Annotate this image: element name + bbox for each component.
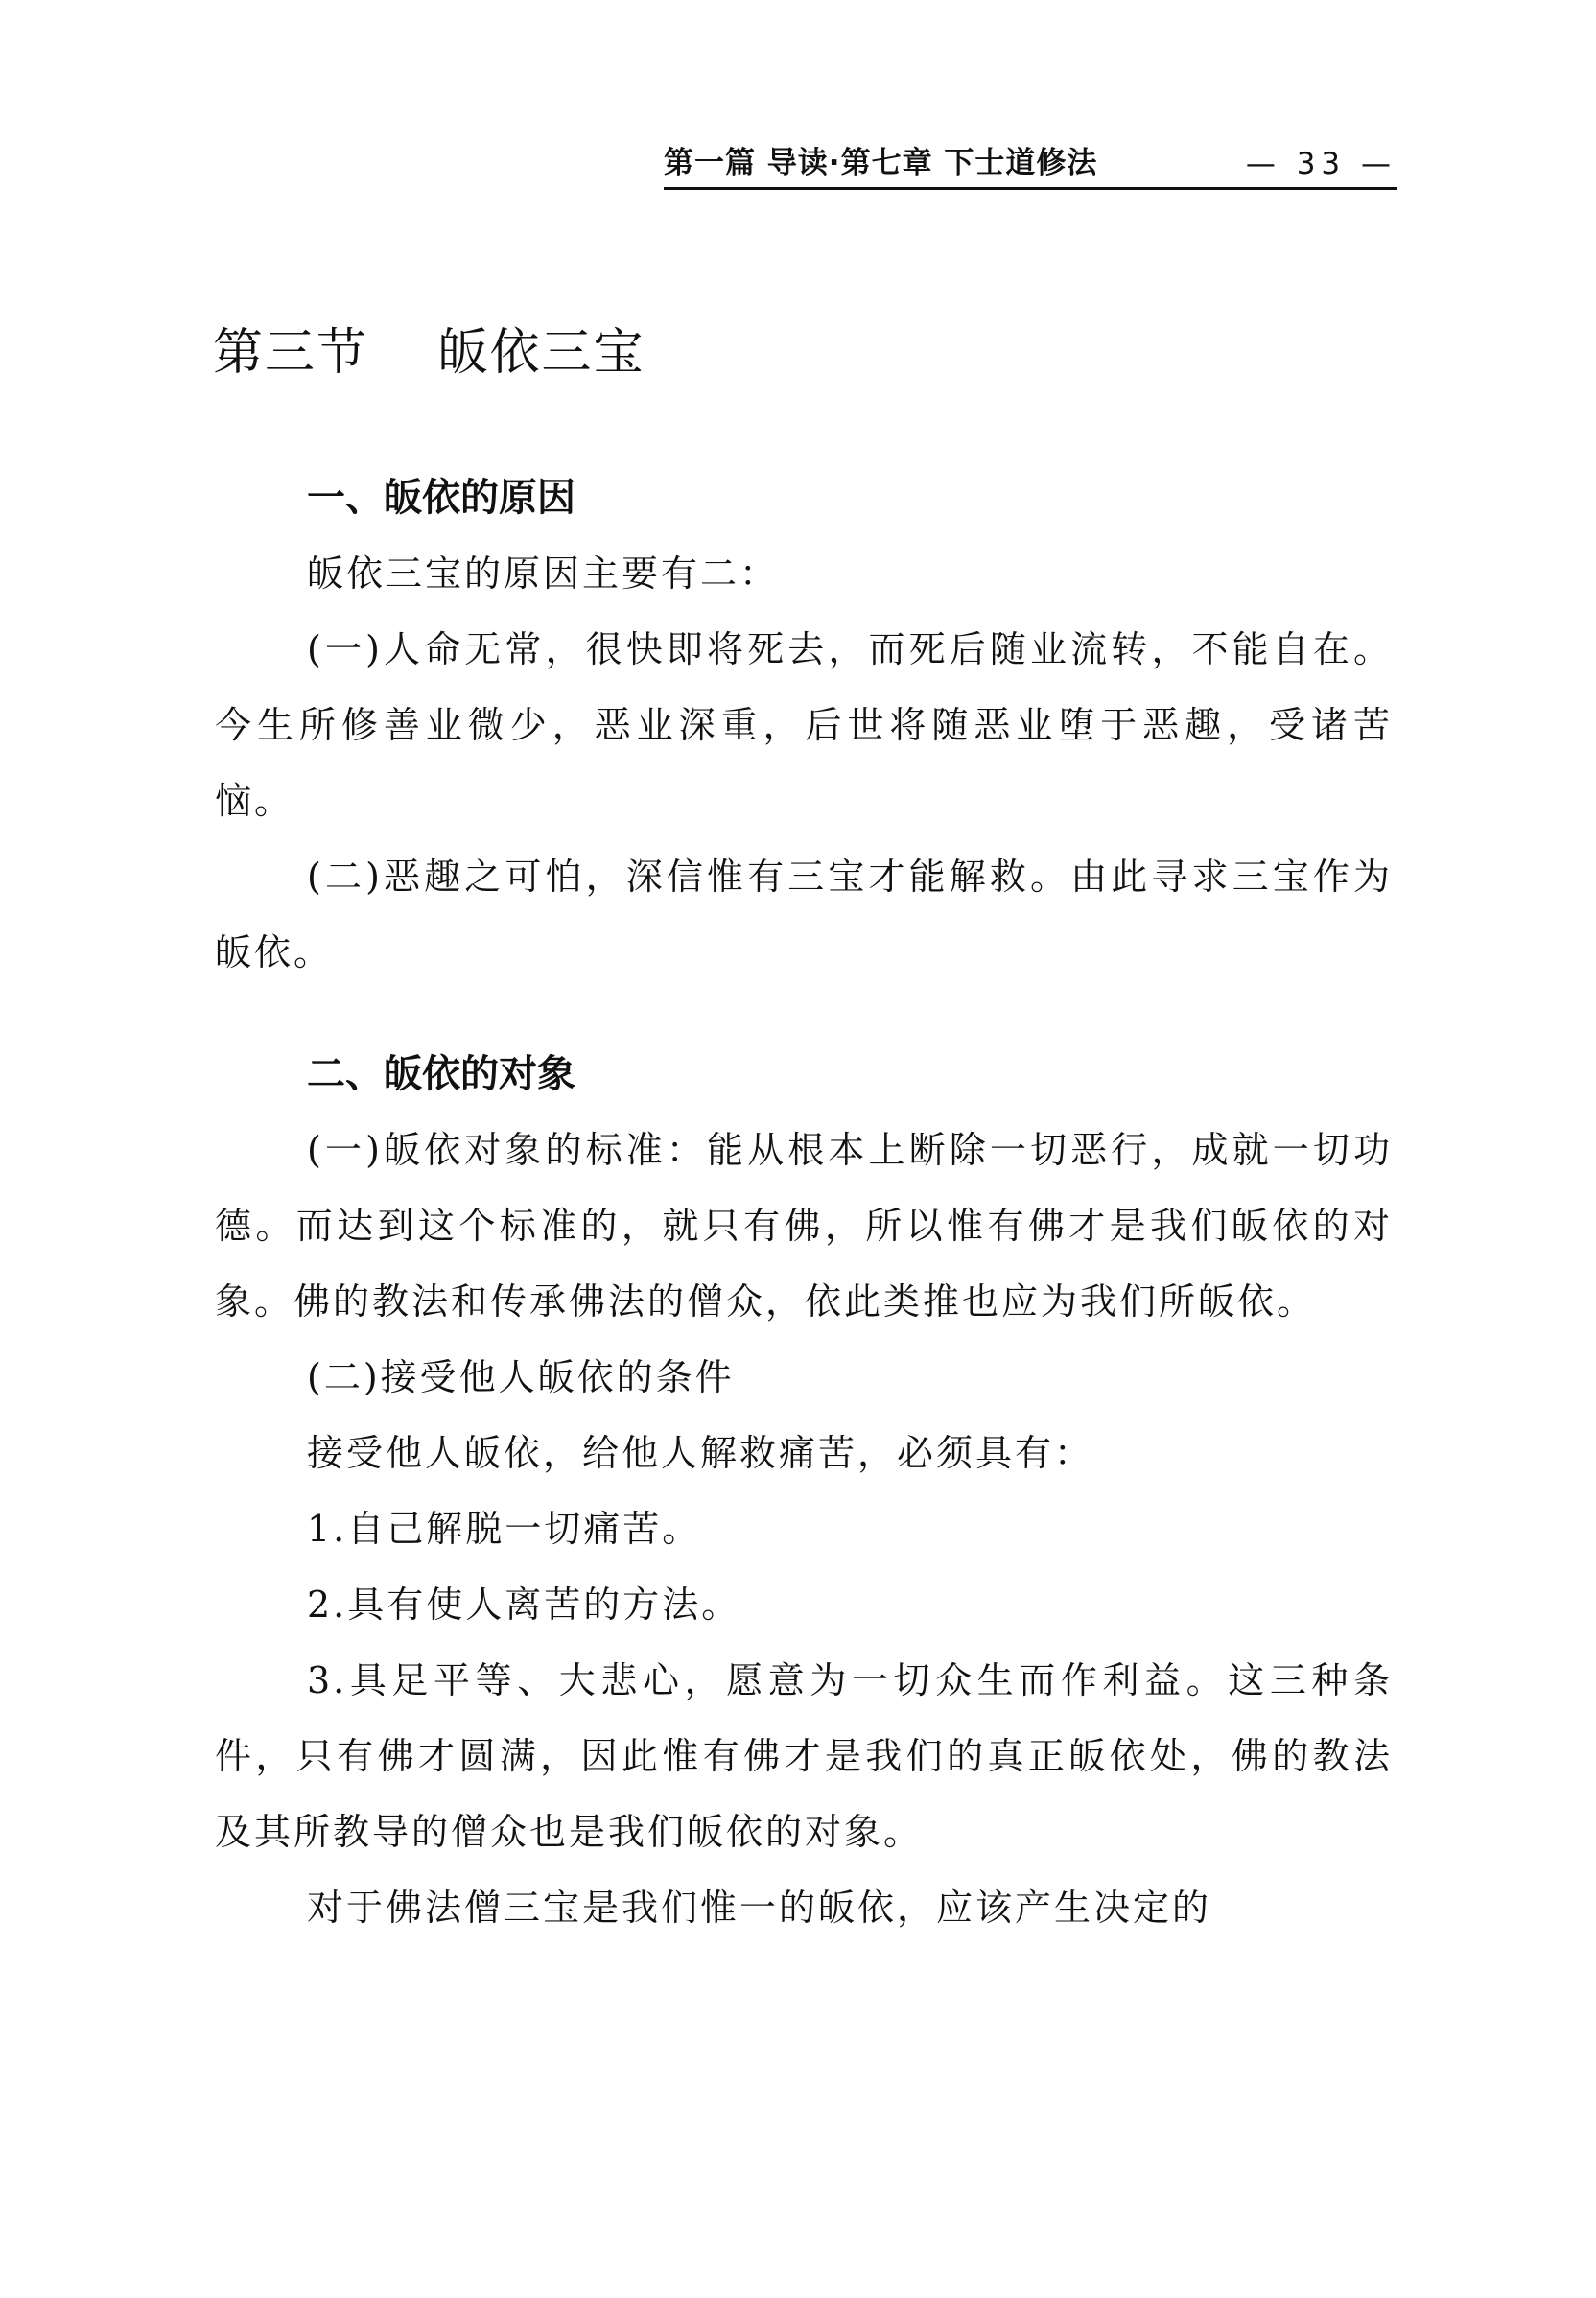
subsection-heading-reasons: 一、皈依的原因 [215,460,1393,536]
page-body: 一、皈依的原因 皈依三宝的原因主要有二： (一)人命无常，很快即将死去，而死后随… [215,460,1393,1946]
subsection-heading-objects: 二、皈依的对象 [215,1037,1393,1113]
running-header: 第一篇 导读·第七章 下士道修法 — 33 — [664,140,1396,190]
paragraph: (二)接受他人皈依的条件 [215,1340,1393,1416]
list-item: 1.自己解脱一切痛苦。 [215,1491,1393,1567]
list-item: 3.具足平等、大悲心，愿意为一切众生而作利益。这三种条件，只有佛才圆满，因此惟有… [215,1643,1393,1870]
section-title: 第三节 皈依三宝 [213,312,645,384]
section-gap [215,991,1393,1037]
paragraph: (一)皈依对象的标准：能从根本上断除一切恶行，成就一切功德。而达到这个标准的，就… [215,1113,1393,1340]
paragraph: (二)恶趣之可怕，深信惟有三宝才能解救。由此寻求三宝作为皈依。 [215,839,1393,991]
list-item: 2.具有使人离苦的方法。 [215,1567,1393,1643]
page-number: — 33 — [1246,147,1396,181]
paragraph: (一)人命无常，很快即将死去，而死后随业流转，不能自在。今生所修善业微少，恶业深… [215,612,1393,839]
paragraph: 皈依三宝的原因主要有二： [215,536,1393,612]
paragraph: 对于佛法僧三宝是我们惟一的皈依，应该产生决定的 [215,1870,1393,1946]
paragraph: 接受他人皈依，给他人解救痛苦，必须具有： [215,1416,1393,1491]
running-title: 第一篇 导读·第七章 下士道修法 [664,138,1097,181]
